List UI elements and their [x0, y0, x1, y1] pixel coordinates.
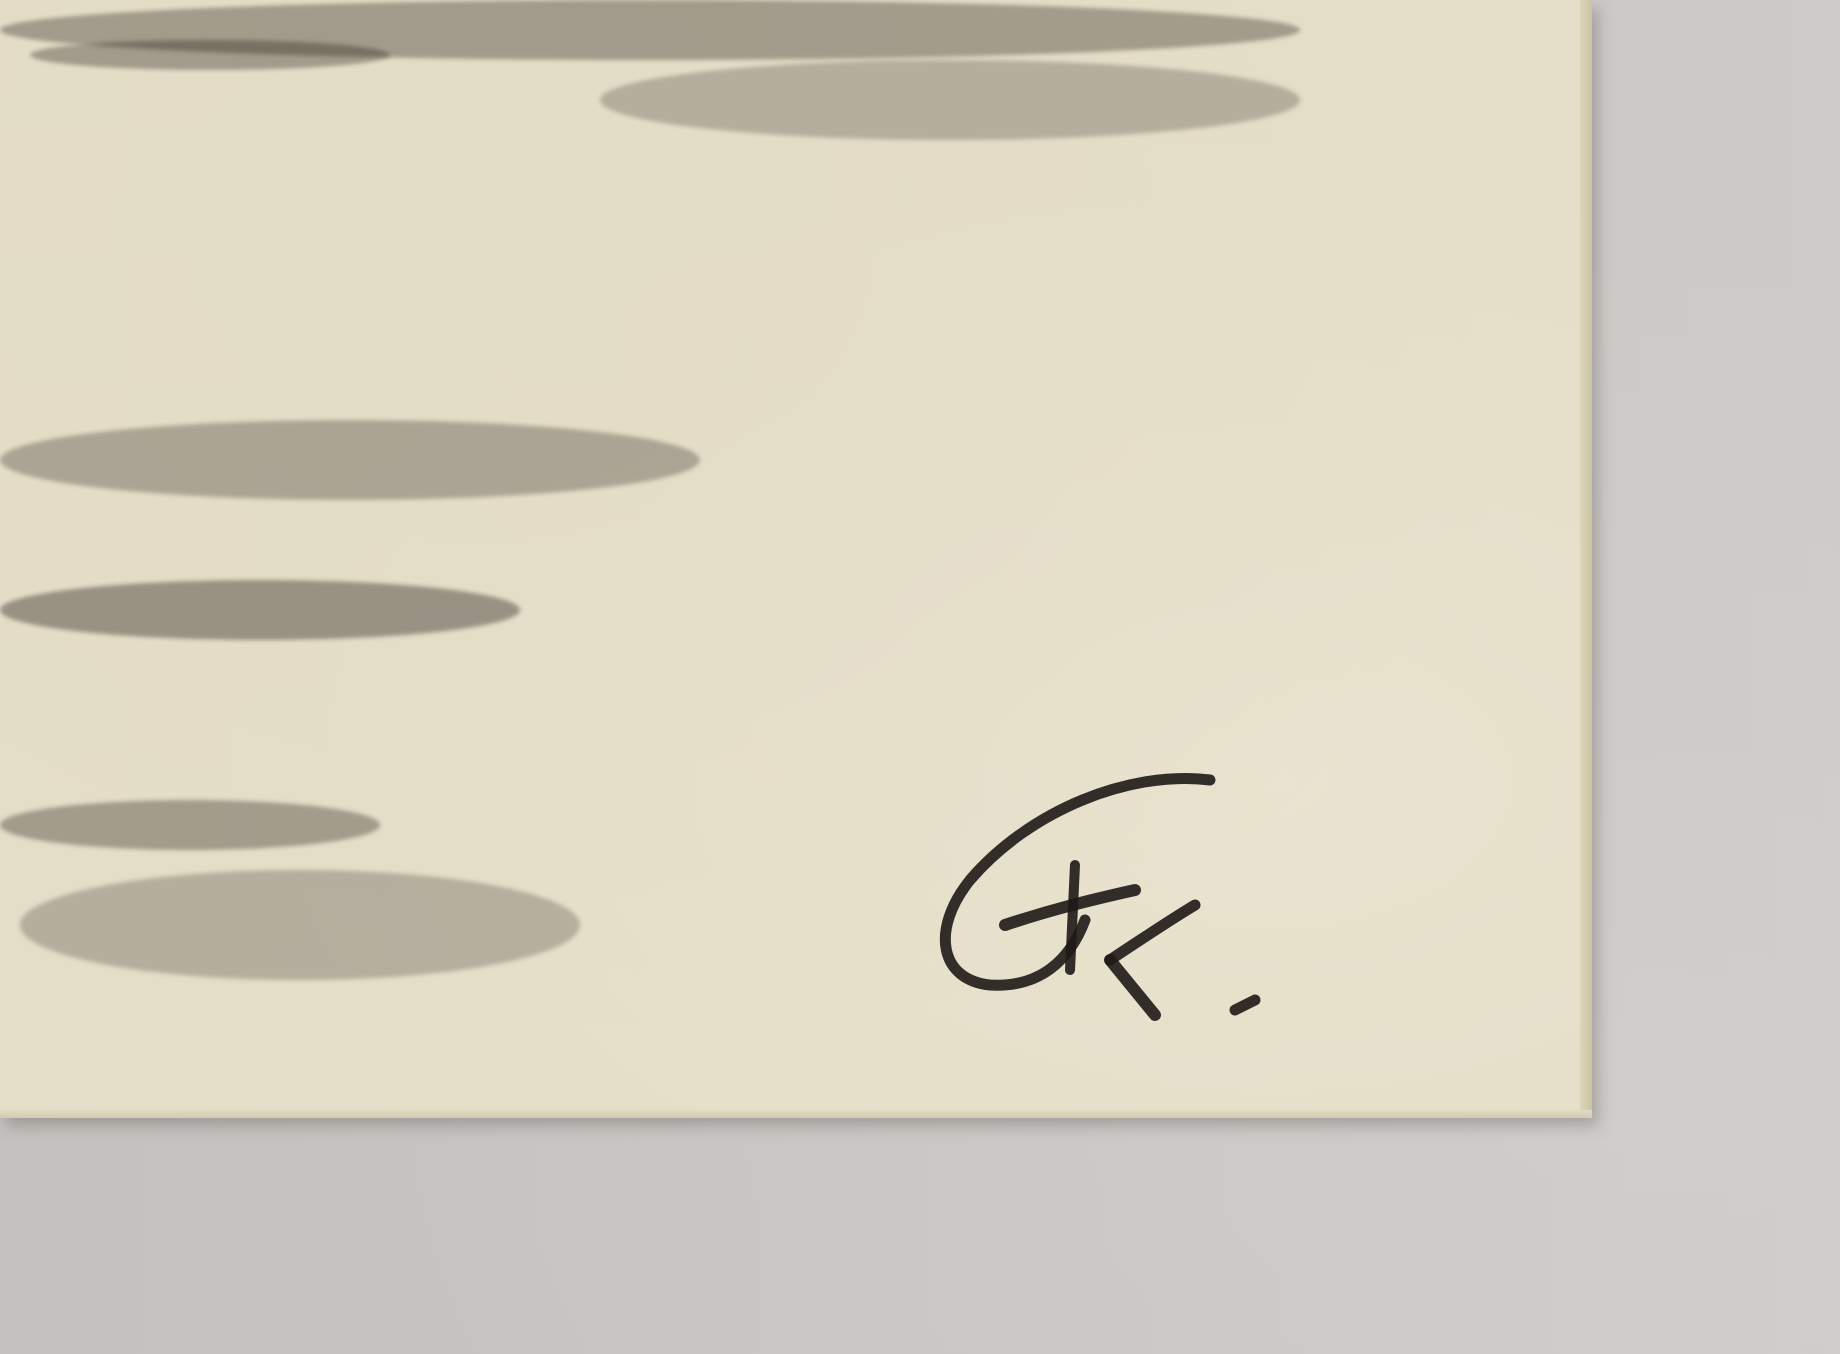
charcoal-stroke-top-2 — [30, 40, 390, 70]
charcoal-stroke-top-3 — [600, 60, 1300, 140]
charcoal-stroke-mid — [0, 420, 700, 500]
paper-edge-right — [1580, 0, 1592, 1118]
charcoal-stroke-mid-2 — [0, 580, 520, 640]
signature-monogram: Gk. — [910, 760, 1270, 1040]
charcoal-stroke-low-2 — [20, 870, 580, 980]
paper-edge-bottom — [0, 1110, 1592, 1118]
paper-sheet: Gk. — [0, 0, 1592, 1118]
charcoal-stroke-low — [0, 800, 380, 850]
